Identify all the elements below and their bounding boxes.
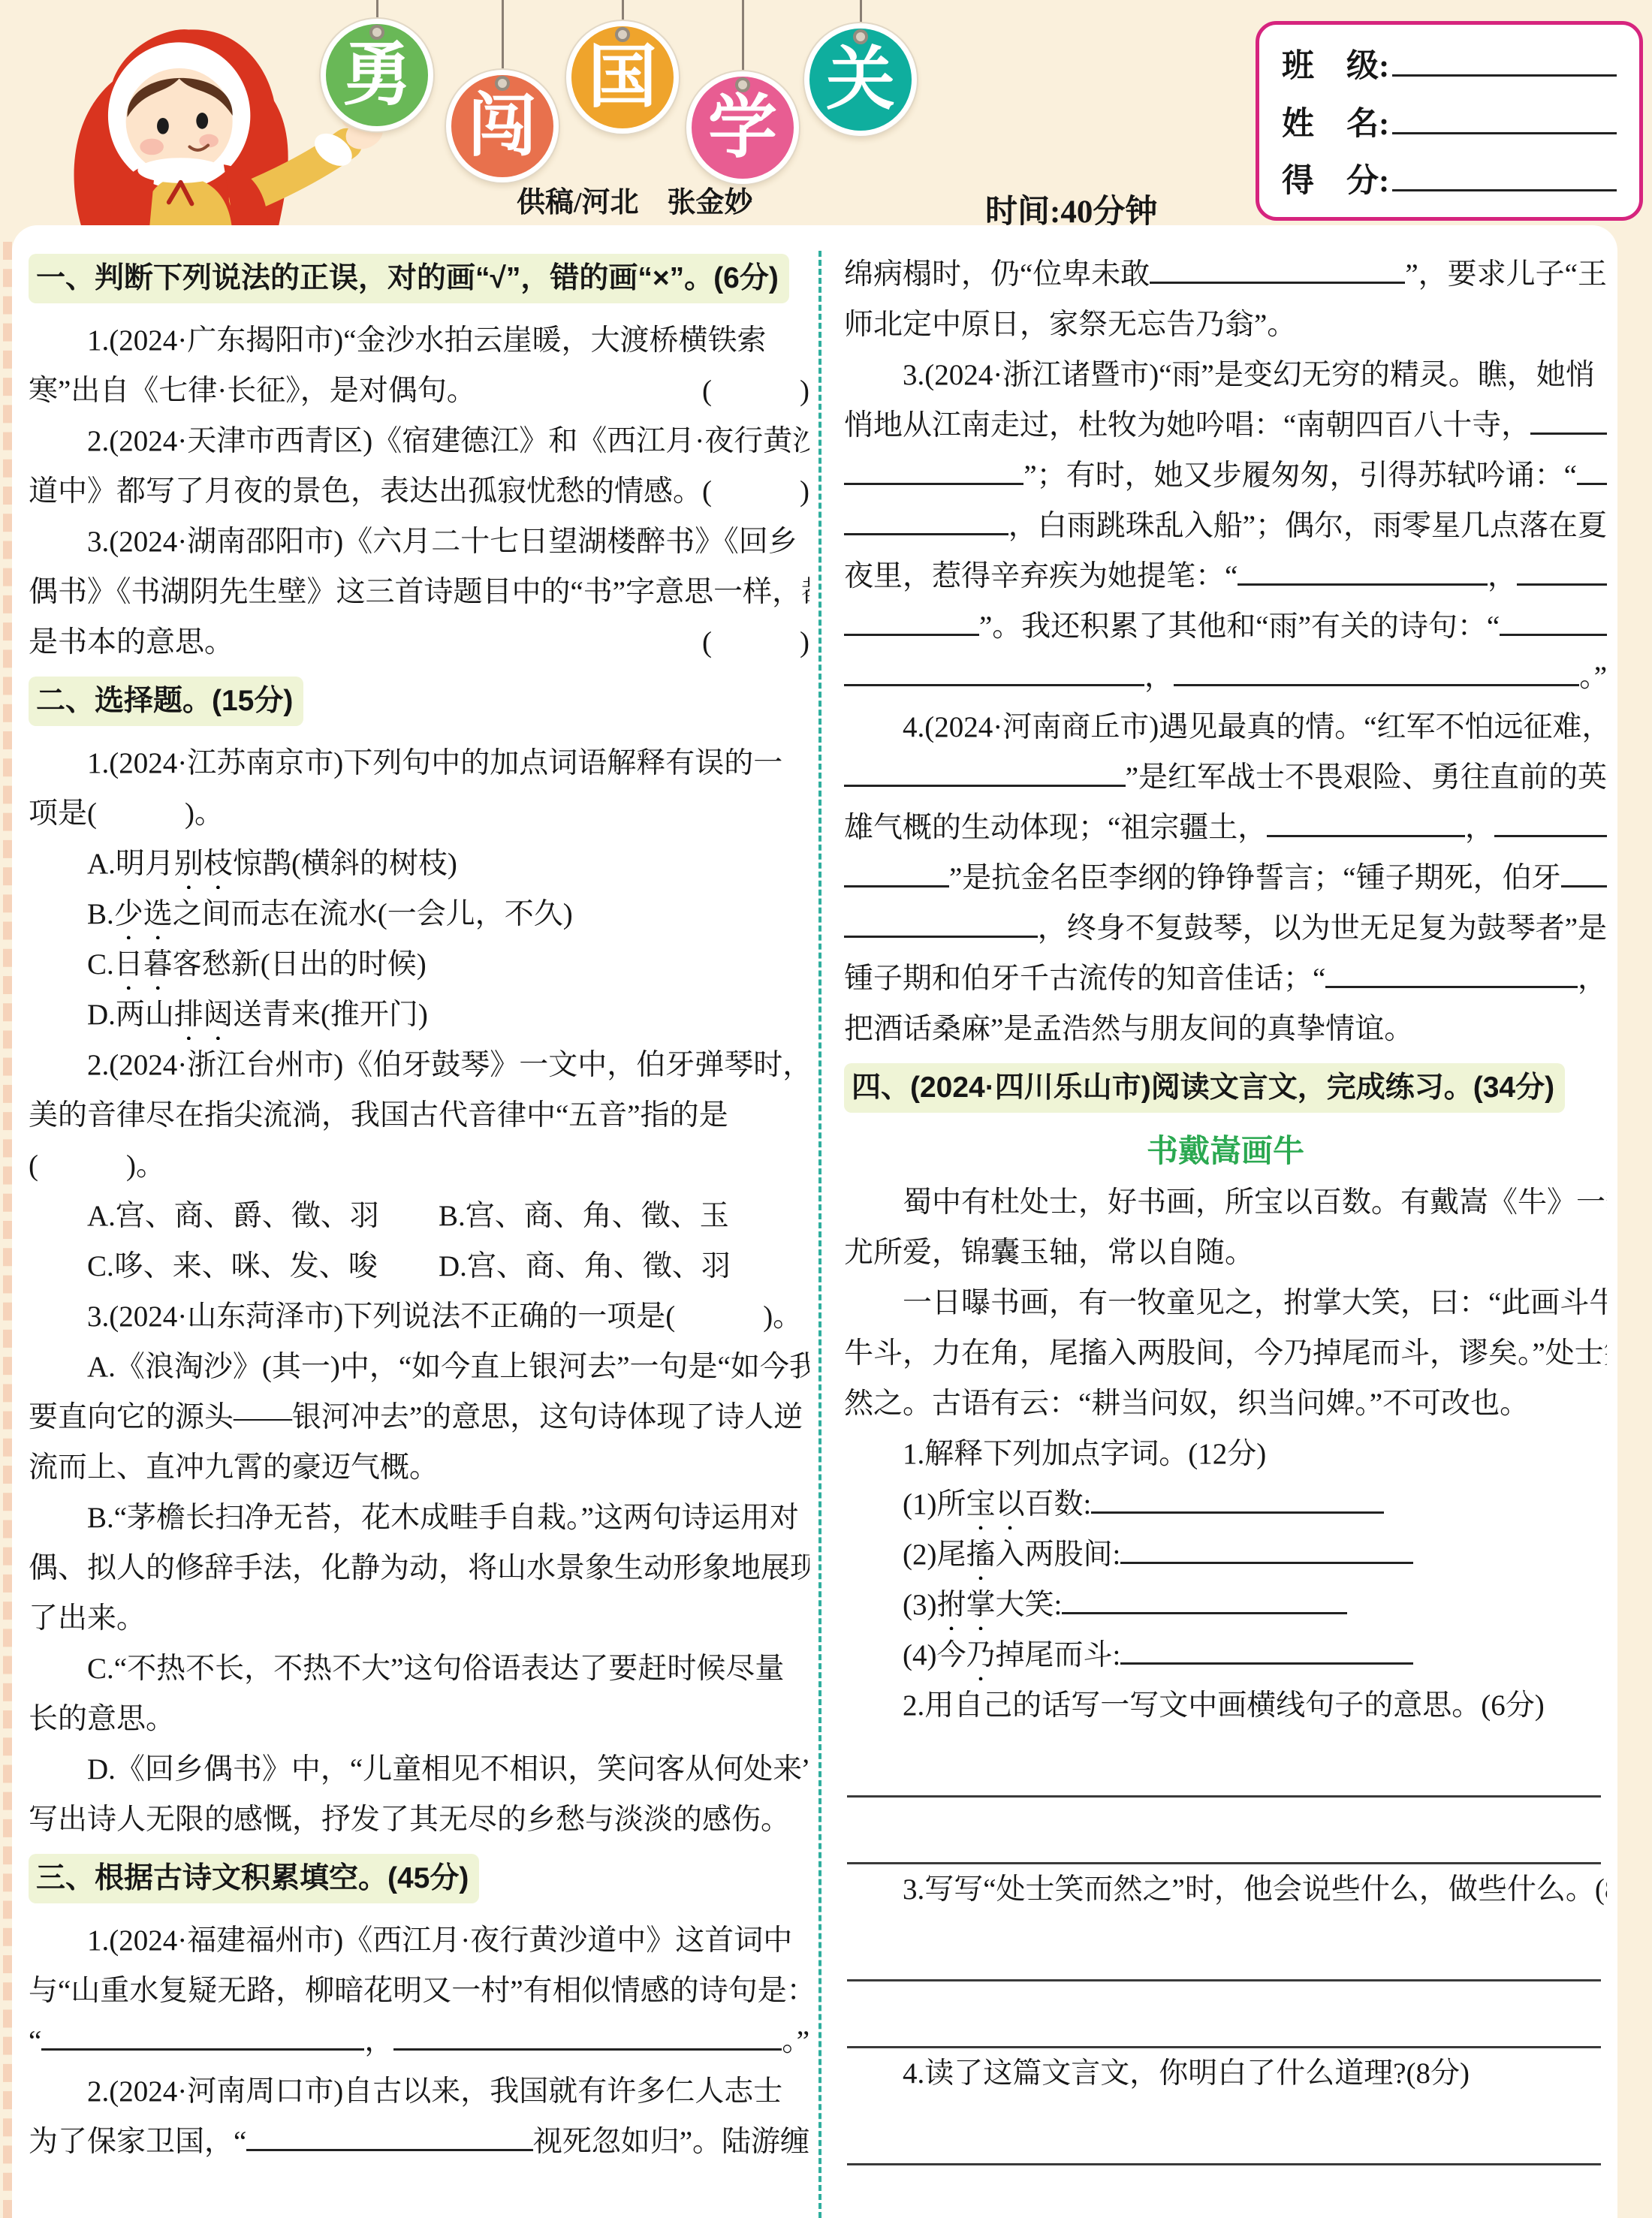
emphasized-text: 别枝 xyxy=(174,839,233,889)
fill-in-blank xyxy=(1237,579,1488,586)
text-run: 然之。古语有云：“耕当问奴，织当问婢。”不可改也。 xyxy=(844,1379,1529,1429)
section-heading-text: 三、根据古诗文积累填空。(45分) xyxy=(29,1854,479,1903)
text-run: ”是红军战士不畏艰险、勇往直前的英 xyxy=(1126,752,1607,803)
text-line: 偶、拟人的修辞手法，化静为动，将山水景象生动形象地展现 xyxy=(29,1543,809,1593)
text-run: 偶书》《书湖阴先生壁》这三首诗题目中的“书”字意思一样，都 xyxy=(29,567,809,617)
score-box-row: 得 分: xyxy=(1282,155,1617,201)
section-heading: 一、判断下列说法的正误，对的画“√”，错的画“×”。(6分) xyxy=(29,254,809,308)
text-run: 悄地从江南走过，杜牧为她吟唱：“南朝四百八十寺， xyxy=(844,400,1530,451)
fill-in-blank xyxy=(1091,1507,1384,1514)
text-line: A.明月别枝惊鹊(横斜的树枝) xyxy=(29,839,809,889)
text-run: 雄气概的生动体现；“祖宗疆土， xyxy=(844,803,1267,853)
fill-in-blank xyxy=(844,529,1008,535)
emphasized-text: 乃 xyxy=(966,1630,995,1680)
text-run: 了出来。 xyxy=(29,1593,146,1644)
text-line: 3.(2024·浙江诸暨市)“雨”是变幻无穷的精灵。瞧，她悄 xyxy=(844,350,1607,400)
girl-eye xyxy=(157,118,169,134)
text-line: 2.用自己的话写一写文中画横线句子的意思。(6分) xyxy=(844,1680,1607,1731)
text-run: 长的意思。 xyxy=(29,1694,175,1744)
text-run: ， xyxy=(364,2016,393,2066)
banner-sign-character: 学 xyxy=(708,93,777,162)
sign-grommet-icon xyxy=(735,77,750,92)
sign-string xyxy=(376,0,378,19)
fill-in-blank xyxy=(844,478,1023,485)
text-line: 2.(2024·河南周口市)自古以来，我国就有许多仁人志士 xyxy=(29,2066,809,2117)
text-run: 惊鹊(横斜的树枝) xyxy=(233,839,457,889)
left-column: 一、判断下列说法的正误，对的画“√”，错的画“×”。(6分)1.(2024·广东… xyxy=(12,225,818,2218)
fill-in-blank xyxy=(1120,1557,1413,1564)
text-run: 客愁新(日出的时候) xyxy=(173,939,427,990)
text-line: 2.(2024·浙江台州市)《伯牙鼓琴》一文中，伯牙弹琴时，优 xyxy=(29,1040,809,1090)
text-run: ，终身不复鼓琴，以为世无足复为鼓琴者”是 xyxy=(1038,903,1607,954)
text-line: ，终身不复鼓琴，以为世无足复为鼓琴者”是 xyxy=(844,903,1607,954)
answer-line xyxy=(847,1915,1601,1981)
text-run: 3.(2024·山东菏泽市)下列说法不正确的一项是( )。 xyxy=(87,1291,802,1342)
text-run: 送青来(推开门) xyxy=(233,990,428,1040)
text-run: ， xyxy=(1578,954,1607,1004)
text-line: 寒”出自《七律·长征》，是对偶句。( ) xyxy=(29,366,809,416)
contributor-credit: 供稿/河北 张金妙 xyxy=(517,179,753,220)
sign-grommet-icon xyxy=(853,29,868,44)
answer-line xyxy=(847,2099,1601,2165)
score-box: 班 级:姓 名:得 分: xyxy=(1256,21,1643,221)
text-run: 2.(2024·河南周口市)自古以来，我国就有许多仁人志士 xyxy=(87,2066,782,2117)
text-run: 。” xyxy=(1579,652,1607,702)
text-line: 4.读了这篇文言文，你明白了什么道理?(8分) xyxy=(844,2048,1607,2099)
text-run: C.“不热不长，不热不大”这句俗语表达了要赶时候尽量 xyxy=(87,1644,784,1694)
text-line: C.日暮客愁新(日出的时候) xyxy=(29,939,809,990)
text-run: 寒”出自《七律·长征》，是对偶句。 xyxy=(29,366,476,416)
text-line: ”；有时，她又步履匆匆，引得苏轼吟诵：“ xyxy=(844,451,1607,501)
sign-string xyxy=(742,0,744,71)
text-run: 2.用自己的话写一写文中画横线句子的意思。(6分) xyxy=(903,1680,1545,1731)
sign-grommet-icon xyxy=(495,76,510,91)
text-run: 流而上、直冲九霄的豪迈气概。 xyxy=(29,1442,439,1493)
text-run: 写出诗人无限的感慨，抒发了其无尽的乡愁与淡淡的感伤。 xyxy=(29,1795,790,1845)
text-line: D.两山排闼送青来(推开门) xyxy=(29,990,809,1040)
text-run: D.两山 xyxy=(87,990,174,1040)
text-line: 了出来。 xyxy=(29,1593,809,1644)
text-run: C. xyxy=(87,939,114,990)
text-run: 4.(2024·河南商丘市)遇见最真的情。“红军不怕远征难， xyxy=(903,702,1607,752)
text-run: 1.(2024·江苏南京市)下列句中的加点词语解释有误的一 xyxy=(87,738,782,788)
sign-string xyxy=(502,0,504,70)
text-line: 4.(2024·河南商丘市)遇见最真的情。“红军不怕远征难， xyxy=(844,702,1607,752)
banner-sign-character: 国 xyxy=(588,43,657,112)
text-run: A.明月 xyxy=(87,839,174,889)
text-run: ”是抗金名臣李纲的铮铮誓言；“锺子期死，伯牙 xyxy=(949,853,1561,903)
page-header: 勇闯国学关 供稿/河北 张金妙 时间:40分钟 满分:100分 班 级:姓 名:… xyxy=(0,0,1652,234)
text-run: 3.写写“处士笑而然之”时，他会说些什么，做些什么。(8分) xyxy=(903,1864,1607,1915)
score-box-blank xyxy=(1392,70,1617,77)
fill-in-blank xyxy=(844,680,1144,686)
score-box-label: 姓 名: xyxy=(1282,98,1389,144)
worksheet-page: 勇闯国学关 供稿/河北 张金妙 时间:40分钟 满分:100分 班 级:姓 名:… xyxy=(0,0,1652,2218)
section-heading: 三、根据古诗文积累填空。(45分) xyxy=(29,1854,809,1908)
text-run: ，白雨跳珠乱入船”；偶尔，雨零星几点落在夏 xyxy=(1008,501,1607,551)
text-run: ， xyxy=(1488,551,1517,601)
section-heading-text: 四、(2024·四川乐山市)阅读文言文，完成练习。(34分) xyxy=(844,1063,1565,1113)
text-run: 锺子期和伯牙千古流传的知音佳话；“ xyxy=(844,954,1325,1004)
text-line: 一日曝书画，有一牧童见之，拊掌大笑，曰：“此画斗牛也。 xyxy=(844,1278,1607,1328)
text-run: 视死忽如归”。陆游缠 xyxy=(533,2117,809,2167)
text-line: 要直向它的源头——银河冲去”的意思，这句诗体现了诗人逆 xyxy=(29,1392,809,1442)
text-line: 长的意思。 xyxy=(29,1694,809,1744)
text-line: 悄地从江南走过，杜牧为她吟唱：“南朝四百八十寺， xyxy=(844,400,1607,451)
text-run: 大笑: xyxy=(996,1580,1063,1630)
text-line: ( )。 xyxy=(29,1141,809,1191)
fill-in-blank xyxy=(1150,277,1405,284)
text-line: (1)所宝以百数: xyxy=(844,1479,1607,1529)
text-run: ”。我还积累了其他和“雨”有关的诗句：“ xyxy=(979,601,1500,652)
text-run: 1.(2024·广东揭阳市)“金沙水拍云崖暖，大渡桥横铁索 xyxy=(87,315,767,366)
text-run: ( ) xyxy=(702,617,809,668)
text-line: 流而上、直冲九霄的豪迈气概。 xyxy=(29,1442,809,1493)
sign-string xyxy=(622,0,624,21)
text-line: 绵病榻时，仍“位卑未敢”，要求儿子“王 xyxy=(844,249,1607,300)
text-run: “ xyxy=(29,2016,41,2066)
sign-grommet-icon xyxy=(369,25,384,40)
emphasized-text: 少选 xyxy=(114,889,173,939)
content-card: 一、判断下列说法的正误，对的画“√”，错的画“×”。(6分)1.(2024·广东… xyxy=(12,225,1617,2218)
score-box-row: 姓 名: xyxy=(1282,98,1617,144)
left-edge-decoration xyxy=(3,242,12,2218)
text-line: “，。” xyxy=(29,2016,809,2066)
text-line: 然之。古语有云：“耕当问奴，织当问婢。”不可改也。 xyxy=(844,1379,1607,1429)
fill-in-blank xyxy=(246,2144,532,2151)
text-run: ( ) xyxy=(702,366,809,416)
text-run: 1.(2024·福建福州市)《西江月·夜行黄沙道中》这首词中 xyxy=(87,1915,792,1966)
fill-in-blank xyxy=(844,881,949,888)
text-line: 3.(2024·山东菏泽市)下列说法不正确的一项是( )。 xyxy=(29,1291,809,1342)
text-run: 3.(2024·湖南邵阳市)《六月二十七日望湖楼醉书》《回乡 xyxy=(87,517,797,567)
text-run: 一日曝书画，有一牧童见之，拊掌大笑，曰：“此画斗牛也。 xyxy=(903,1278,1607,1328)
text-line: 为了保家卫国，“视死忽如归”。陆游缠 xyxy=(29,2117,809,2167)
text-line: 把酒话桑麻”是孟浩然与朋友间的真挚情谊。 xyxy=(844,1004,1607,1054)
fill-in-blank xyxy=(844,780,1126,787)
text-line: 3.(2024·湖南邵阳市)《六月二十七日望湖楼醉书》《回乡 xyxy=(29,517,809,567)
fill-in-blank xyxy=(1530,428,1607,435)
text-run: 是书本的意思。 xyxy=(29,617,234,668)
text-run: 入两股间: xyxy=(996,1529,1121,1580)
fill-in-blank xyxy=(1561,881,1607,888)
text-line: 写出诗人无限的感慨，抒发了其无尽的乡愁与淡淡的感伤。 xyxy=(29,1795,809,1845)
text-run: 之间而志在流水(一会儿，不久) xyxy=(173,889,573,939)
emphasized-text: 排闼 xyxy=(174,990,233,1040)
text-run: 。” xyxy=(782,2016,809,2066)
text-run: 道中》都写了月夜的景色，表达出孤寂忧愁的情感。 xyxy=(29,466,702,517)
text-run: ( )。 xyxy=(29,1141,165,1191)
banner-sign-character: 关 xyxy=(826,45,895,114)
text-line: ”是抗金名臣李纲的铮铮誓言；“锺子期死，伯牙 xyxy=(844,853,1607,903)
text-run: (2)尾 xyxy=(903,1529,966,1580)
emphasized-text: 搐 xyxy=(966,1529,995,1580)
option-item: A.宫、商、爵、徵、羽 xyxy=(87,1191,439,1241)
text-run: 1.解释下列加点字词。(12分) xyxy=(903,1429,1266,1479)
text-run: B. xyxy=(87,889,114,939)
fill-in-blank xyxy=(1517,579,1607,586)
text-run: D.《回乡偶书》中，“儿童相见不相识，笑问客从何处来”两句 xyxy=(87,1744,809,1795)
text-run: ( ) xyxy=(702,466,809,517)
emphasized-text: 拊掌 xyxy=(936,1580,995,1630)
text-line: C.“不热不长，不热不大”这句俗语表达了要赶时候尽量 xyxy=(29,1644,809,1694)
options-row: C.哆、来、咪、发、唆D.宫、商、角、徵、羽 xyxy=(29,1241,809,1291)
fill-in-blank xyxy=(1062,1608,1347,1614)
text-run: (1)所 xyxy=(903,1479,966,1529)
text-line: 夜里，惹得辛弃疾为她提笔：“， xyxy=(844,551,1607,601)
text-line: 是书本的意思。( ) xyxy=(29,617,809,668)
text-line: D.《回乡偶书》中，“儿童相见不相识，笑问客从何处来”两句 xyxy=(29,1744,809,1795)
girl-blush xyxy=(140,139,164,155)
text-line: (4)今乃掉尾而斗: xyxy=(844,1630,1607,1680)
text-run: 美的音律尽在指尖流淌，我国古代音律中“五音”指的是 xyxy=(29,1090,728,1141)
text-line: 蜀中有杜处士，好书画，所宝以百数。有戴嵩《牛》一轴， xyxy=(844,1177,1607,1228)
text-line: (2)尾搐入两股间: xyxy=(844,1529,1607,1580)
text-line: 美的音律尽在指尖流淌，我国古代音律中“五音”指的是 xyxy=(29,1090,809,1141)
text-run: 师北定中原日，家祭无忘告乃翁”。 xyxy=(844,300,1296,350)
text-line: 1.解释下列加点字词。(12分) xyxy=(844,1429,1607,1479)
emphasized-text: 宝以 xyxy=(966,1479,1024,1529)
text-line: 尤所爱，锦囊玉轴，常以自随。 xyxy=(844,1228,1607,1278)
section-heading-text: 二、选择题。(15分) xyxy=(29,677,303,726)
text-line: 1.(2024·江苏南京市)下列句中的加点词语解释有误的一 xyxy=(29,738,809,788)
text-run: 牛斗，力在角，尾搐入两股间，今乃掉尾而斗，谬矣。”处士笑而 xyxy=(844,1328,1607,1379)
text-line: ”。我还积累了其他和“雨”有关的诗句：“ xyxy=(844,601,1607,652)
text-line: 3.写写“处士笑而然之”时，他会说些什么，做些什么。(8分) xyxy=(844,1864,1607,1915)
text-run: B.“茅檐长扫净无苔，花木成畦手自栽。”这两句诗运用对 xyxy=(87,1493,799,1543)
text-line: 项是( )。 xyxy=(29,788,809,839)
text-run: 掉尾而斗: xyxy=(996,1630,1121,1680)
text-line: B.少选之间而志在流水(一会儿，不久) xyxy=(29,889,809,939)
section-heading: 四、(2024·四川乐山市)阅读文言文，完成练习。(34分) xyxy=(844,1063,1607,1117)
text-run: 夜里，惹得辛弃疾为她提笔：“ xyxy=(844,551,1237,601)
text-line: 师北定中原日，家祭无忘告乃翁”。 xyxy=(844,300,1607,350)
text-line: 与“山重水复疑无路，柳暗花明又一村”有相似情感的诗句是： xyxy=(29,1966,809,2016)
text-run: 偶、拟人的修辞手法，化静为动，将山水景象生动形象地展现 xyxy=(29,1543,809,1593)
options-row: A.宫、商、爵、徵、羽B.宫、商、角、徵、玉 xyxy=(29,1191,809,1241)
girl-eye xyxy=(196,113,208,129)
text-line: 锺子期和伯牙千古流传的知音佳话；“， xyxy=(844,954,1607,1004)
text-line: ，。” xyxy=(844,652,1607,702)
text-run: ”；有时，她又步履匆匆，引得苏轼吟诵：“ xyxy=(1023,451,1577,501)
passage-title: 书戴嵩画牛 xyxy=(844,1125,1607,1177)
banner-sign-character: 闯 xyxy=(468,92,537,161)
text-run: A.《浪淘沙》(其一)中，“如今直上银河去”一句是“如今我 xyxy=(87,1342,809,1392)
girl-collar xyxy=(137,158,223,183)
option-item: B.宫、商、角、徵、玉 xyxy=(439,1191,729,1241)
text-line: B.“茅檐长扫净无苔，花木成畦手自栽。”这两句诗运用对 xyxy=(29,1493,809,1543)
sign-grommet-icon xyxy=(615,27,630,42)
text-run: 项是( )。 xyxy=(29,788,224,839)
fill-in-blank xyxy=(1500,629,1607,636)
text-run: ， xyxy=(1465,803,1494,853)
text-run: 要直向它的源头——银河冲去”的意思，这句诗体现了诗人逆 xyxy=(29,1392,803,1442)
option-item: C.哆、来、咪、发、唆 xyxy=(87,1241,439,1291)
option-item: D.宫、商、角、徵、羽 xyxy=(439,1241,731,1291)
text-run: 与“山重水复疑无路，柳暗花明又一村”有相似情感的诗句是： xyxy=(29,1966,809,2016)
text-run: 2.(2024·天津市西青区)《宿建德江》和《西江月·夜行黄沙 xyxy=(87,416,809,466)
text-run: (3) xyxy=(903,1580,936,1630)
fill-in-blank xyxy=(1174,680,1579,686)
fill-in-blank xyxy=(1577,478,1607,485)
text-run: 百数: xyxy=(1025,1479,1092,1529)
sign-string xyxy=(860,0,862,23)
text-line: 道中》都写了月夜的景色，表达出孤寂忧愁的情感。( ) xyxy=(29,466,809,517)
text-run: 把酒话桑麻”是孟浩然与朋友间的真挚情谊。 xyxy=(844,1004,1413,1054)
text-run: (4)今 xyxy=(903,1630,966,1680)
text-run: ”，要求儿子“王 xyxy=(1405,249,1607,300)
score-box-row: 班 级: xyxy=(1282,41,1617,86)
text-line: (3)拊掌大笑: xyxy=(844,1580,1607,1630)
answer-line xyxy=(847,1981,1601,2048)
right-column: 绵病榻时，仍“位卑未敢”，要求儿子“王师北定中原日，家祭无忘告乃翁”。3.(20… xyxy=(821,225,1617,2218)
text-run: 为了保家卫国，“ xyxy=(29,2117,246,2167)
text-line: A.《浪淘沙》(其一)中，“如今直上银河去”一句是“如今我 xyxy=(29,1342,809,1392)
score-box-label: 得 分: xyxy=(1282,155,1389,201)
score-box-label: 班 级: xyxy=(1282,41,1389,86)
text-line: ，白雨跳珠乱入船”；偶尔，雨零星几点落在夏 xyxy=(844,501,1607,551)
text-run: ， xyxy=(1144,652,1174,702)
banner-sign-character: 勇 xyxy=(342,41,411,110)
fill-in-blank xyxy=(844,629,979,636)
text-line: 1.(2024·福建福州市)《西江月·夜行黄沙道中》这首词中 xyxy=(29,1915,809,1966)
underlined-sentence: 蜀中有杜处士，好书画，所宝以百数。 xyxy=(903,1177,1400,1228)
answer-line xyxy=(847,1731,1601,1798)
text-line: 偶书》《书湖阴先生壁》这三首诗题目中的“书”字意思一样，都 xyxy=(29,567,809,617)
fill-in-blank xyxy=(41,2044,364,2051)
fill-in-blank xyxy=(1267,830,1465,837)
text-line: 雄气概的生动体现；“祖宗疆土，， xyxy=(844,803,1607,853)
fill-in-blank xyxy=(393,2044,782,2051)
text-run: 有戴嵩《牛》一轴， xyxy=(1400,1177,1607,1228)
fill-in-blank xyxy=(1494,830,1607,837)
text-run: 绵病榻时，仍“位卑未敢 xyxy=(844,249,1150,300)
fill-in-blank xyxy=(1325,981,1578,988)
score-box-blank xyxy=(1392,185,1617,191)
answer-line xyxy=(847,1798,1601,1864)
fill-in-blank xyxy=(1120,1658,1413,1665)
text-run: 尤所爱，锦囊玉轴，常以自随。 xyxy=(844,1228,1254,1278)
fill-in-blank xyxy=(844,931,1038,938)
emphasized-text: 日暮 xyxy=(114,939,173,990)
section-heading: 二、选择题。(15分) xyxy=(29,677,809,731)
score-box-blank xyxy=(1392,128,1617,134)
text-line: 2.(2024·天津市西青区)《宿建德江》和《西江月·夜行黄沙 xyxy=(29,416,809,466)
text-run: 2.(2024·浙江台州市)《伯牙鼓琴》一文中，伯牙弹琴时，优 xyxy=(87,1040,809,1090)
text-line: ”是红军战士不畏艰险、勇往直前的英 xyxy=(844,752,1607,803)
section-heading-text: 一、判断下列说法的正误，对的画“√”，错的画“×”。(6分) xyxy=(29,254,789,303)
text-line: 牛斗，力在角，尾搐入两股间，今乃掉尾而斗，谬矣。”处士笑而 xyxy=(844,1328,1607,1379)
text-run: 4.读了这篇文言文，你明白了什么道理?(8分) xyxy=(903,2048,1470,2099)
text-run: 3.(2024·浙江诸暨市)“雨”是变幻无穷的精灵。瞧，她悄 xyxy=(903,350,1595,400)
text-line: 1.(2024·广东揭阳市)“金沙水拍云崖暖，大渡桥横铁索 xyxy=(29,315,809,366)
